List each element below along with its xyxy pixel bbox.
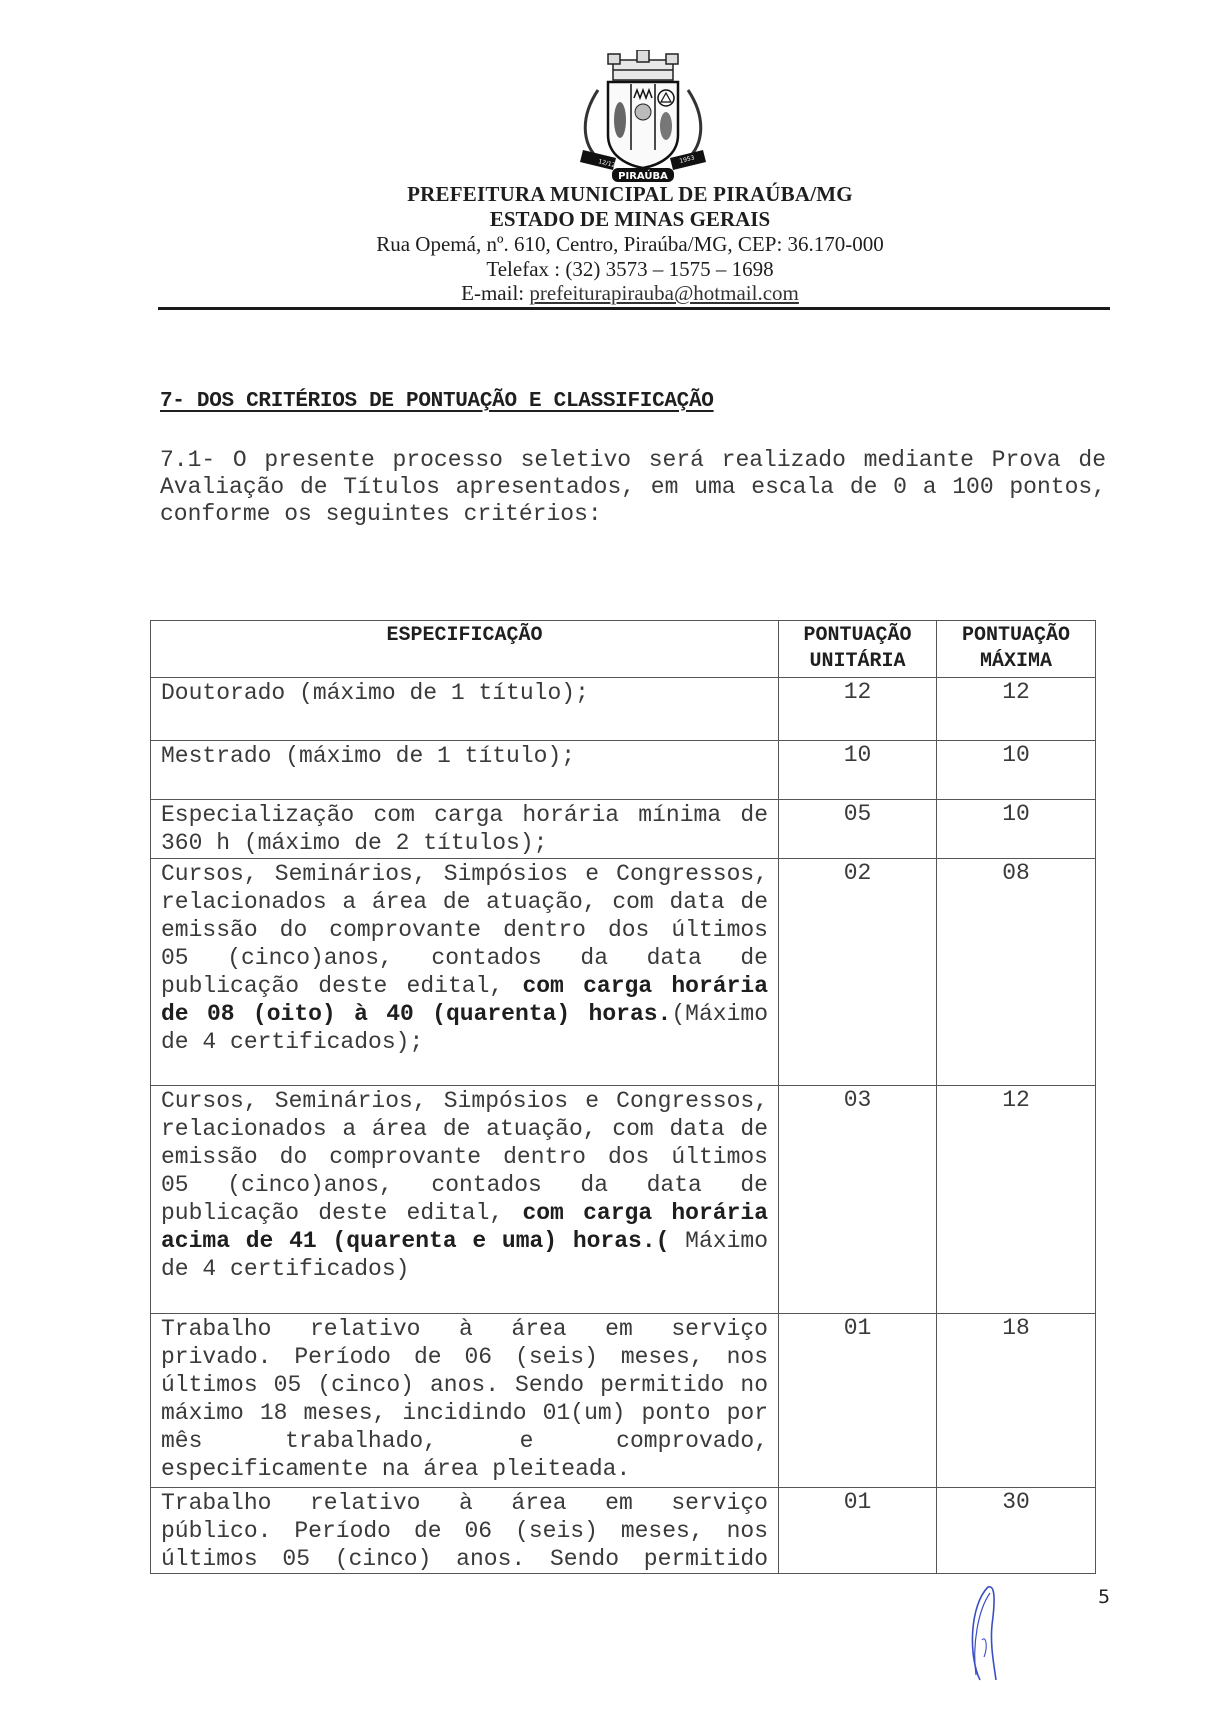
scoring-criteria-table: ESPECIFICAÇÃO PONTUAÇÃOUNITÁRIA PONTUAÇÃ… [150, 620, 1096, 1574]
table-row: Cursos, Seminários, Simpósios e Congress… [151, 859, 1096, 1086]
row-unit-score: 12 [779, 678, 937, 741]
table-row: Mestrado (máximo de 1 título); 10 10 [151, 741, 1096, 800]
row-spec: Cursos, Seminários, Simpósios e Congress… [151, 859, 779, 1086]
table-row: Trabalho relativo à área em serviço públ… [151, 1488, 1096, 1574]
page-number: 5 [1098, 1586, 1110, 1608]
row-unit-score: 02 [779, 859, 937, 1086]
coat-of-arms-logo: 12/12 1953 PIRAÚBA [568, 50, 718, 182]
row-spec: Trabalho relativo à área em serviço públ… [151, 1488, 779, 1574]
header-unit-score: PONTUAÇÃOUNITÁRIA [779, 621, 937, 678]
row-max-score: 30 [937, 1488, 1096, 1574]
email-label: E-mail: [461, 281, 529, 305]
row-max-score: 12 [937, 678, 1096, 741]
state-name: ESTADO DE MINAS GERAIS [150, 207, 1110, 232]
row-unit-score: 05 [779, 800, 937, 859]
address: Rua Opemá, nº. 610, Centro, Piraúba/MG, … [150, 232, 1110, 257]
row-max-score: 10 [937, 800, 1096, 859]
table-row: Cursos, Seminários, Simpósios e Congress… [151, 1086, 1096, 1314]
email-line: E-mail: prefeiturapirauba@hotmail.com [150, 281, 1110, 306]
table-row: Especialização com carga horária mínima … [151, 800, 1096, 859]
row-max-score: 08 [937, 859, 1096, 1086]
phone: Telefax : (32) 3573 – 1575 – 1698 [150, 257, 1110, 282]
header-max-score: PONTUAÇÃOMÁXIMA [937, 621, 1096, 678]
row-spec: Especialização com carga horária mínima … [151, 800, 779, 859]
row-unit-score: 01 [779, 1488, 937, 1574]
table-row: Trabalho relativo à área em serviço priv… [151, 1314, 1096, 1488]
row-spec: Doutorado (máximo de 1 título); [151, 678, 779, 741]
table-header-row: ESPECIFICAÇÃO PONTUAÇÃOUNITÁRIA PONTUAÇÃ… [151, 621, 1096, 678]
row-unit-score: 01 [779, 1314, 937, 1488]
row-spec: Mestrado (máximo de 1 título); [151, 741, 779, 800]
row-spec: Trabalho relativo à área em serviço priv… [151, 1314, 779, 1488]
row-max-score: 12 [937, 1086, 1096, 1314]
row-unit-score: 10 [779, 741, 937, 800]
email-link[interactable]: prefeiturapirauba@hotmail.com [529, 281, 798, 305]
signature-initials [960, 1585, 1010, 1695]
section-title: 7- DOS CRITÉRIOS DE PONTUAÇÃO E CLASSIFI… [160, 390, 714, 413]
row-spec: Cursos, Seminários, Simpósios e Congress… [151, 1086, 779, 1314]
header-spec: ESPECIFICAÇÃO [151, 621, 779, 678]
municipality-title: PREFEITURA MUNICIPAL DE PIRAÚBA/MG [150, 182, 1110, 207]
row-max-score: 10 [937, 741, 1096, 800]
header-divider [158, 307, 1110, 310]
svg-text:PIRAÚBA: PIRAÚBA [618, 169, 668, 182]
table-row: Doutorado (máximo de 1 título); 12 12 [151, 678, 1096, 741]
row-unit-score: 03 [779, 1086, 937, 1314]
intro-paragraph: 7.1- O presente processo seletivo será r… [160, 447, 1106, 528]
row-max-score: 18 [937, 1314, 1096, 1488]
